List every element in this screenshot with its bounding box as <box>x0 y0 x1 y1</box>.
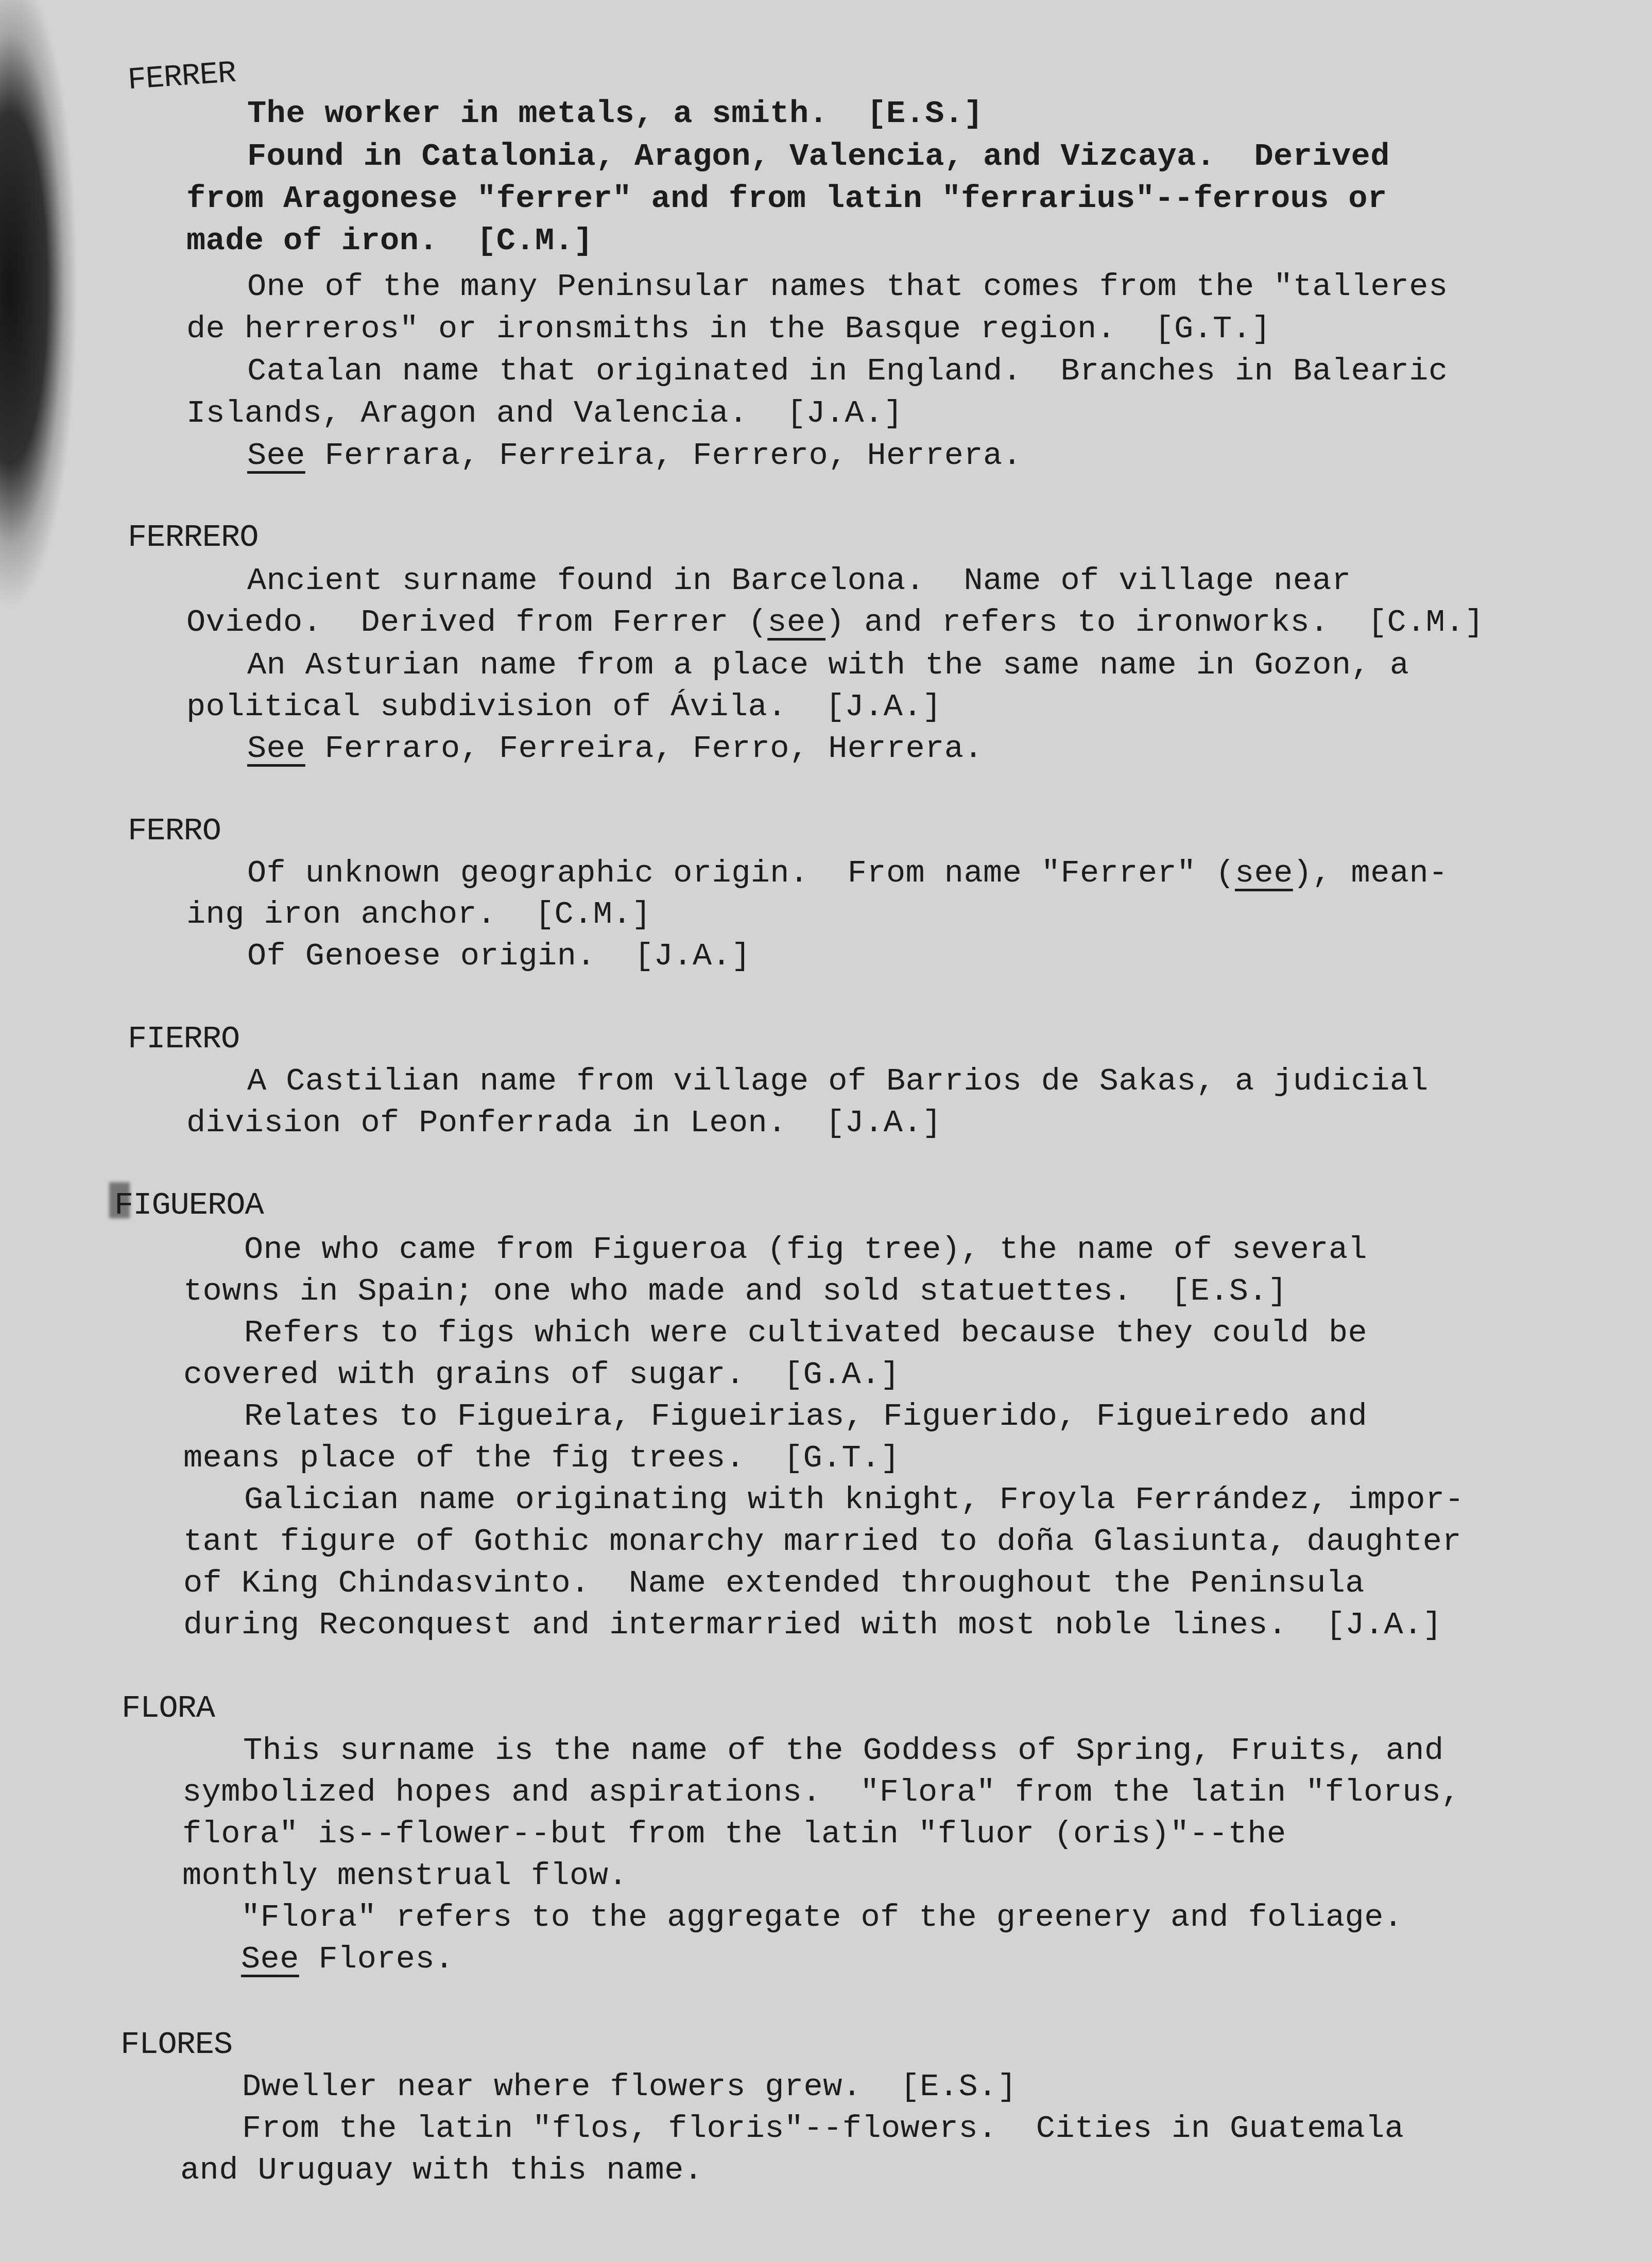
entry-text: One of the many Peninsular names that co… <box>247 271 1448 303</box>
entry-text: monthly menstrual flow. <box>182 1860 628 1892</box>
entry-text: of King Chindasvinto. Name extended thro… <box>183 1567 1365 1599</box>
entry-text: symbolized hopes and aspirations. "Flora… <box>182 1776 1460 1808</box>
entry-text: The worker in metals, a smith. [E.S.] <box>247 98 983 130</box>
entry-text: Of unknown geographic origin. From name … <box>247 857 1448 889</box>
entry-heading: FIGUEROA <box>114 1189 264 1221</box>
see-also-targets: Flores. <box>299 1941 454 1977</box>
entry-text: Oviedo. Derived from Ferrer (see) and re… <box>186 607 1484 638</box>
entry-text: "Flora" refers to the aggregate of the g… <box>241 1902 1403 1933</box>
entry-text: de herreros" or ironsmiths in the Basque… <box>186 313 1271 345</box>
entry-text: Found in Catalonia, Aragon, Valencia, an… <box>247 141 1390 172</box>
entry-text-part: ), mean- <box>1293 855 1448 891</box>
entry-text: covered with grains of sugar. [G.A.] <box>183 1359 900 1391</box>
see-also-targets: Ferraro, Ferreira, Ferro, Herrera. <box>305 730 983 767</box>
see-also-targets: Ferrara, Ferreira, Ferrero, Herrera. <box>305 437 1022 474</box>
entry-heading: FERRER <box>127 58 237 97</box>
see-also-link[interactable]: See <box>247 437 305 474</box>
see-also-link[interactable]: See <box>247 730 305 767</box>
entry-text: flora" is--flower--but from the latin "f… <box>182 1818 1286 1850</box>
entry-heading: FERRO <box>128 815 221 847</box>
entry-text: tant figure of Gothic monarchy married t… <box>183 1526 1461 1558</box>
entry-text: Ancient surname found in Barcelona. Name… <box>247 565 1351 597</box>
entry-text: One who came from Figueroa (fig tree), t… <box>244 1234 1367 1266</box>
entry-text: from Aragonese "ferrer" and from latin "… <box>186 183 1387 215</box>
entry-text: Of Genoese origin. [J.A.] <box>247 940 751 972</box>
entry-text: political subdivision of Ávila. [J.A.] <box>186 691 942 723</box>
entry-text: means place of the fig trees. [G.T.] <box>183 1442 900 1474</box>
see-also-link[interactable]: See <box>241 1941 299 1977</box>
entry-text: Catalan name that originated in England.… <box>247 355 1448 387</box>
entry-text: Galician name originating with knight, F… <box>244 1484 1464 1516</box>
entry-heading: FLORA <box>122 1693 215 1724</box>
entry-text: From the latin "flos, floris"--flowers. … <box>242 2113 1404 2145</box>
entry-heading: FLORES <box>121 2029 232 2061</box>
entry-text: Relates to Figueira, Figueirias, Figueri… <box>244 1401 1367 1432</box>
entry-text: towns in Spain; one who made and sold st… <box>183 1275 1287 1307</box>
entry-text: division of Ponferrada in Leon. [J.A.] <box>186 1107 942 1139</box>
see-also-line: See Ferrara, Ferreira, Ferrero, Herrera. <box>247 440 1022 472</box>
entry-text: Refers to figs which were cultivated bec… <box>244 1317 1367 1349</box>
see-also-line: See Ferraro, Ferreira, Ferro, Herrera. <box>247 733 983 765</box>
entry-text: An Asturian name from a place with the s… <box>247 649 1409 681</box>
entry-text: made of iron. [C.M.] <box>186 225 593 257</box>
entry-text-part: ) and refers to ironworks. [C.M.] <box>825 604 1484 641</box>
see-link[interactable]: see <box>767 604 825 641</box>
entry-text-part: Of unknown geographic origin. From name … <box>247 855 1235 891</box>
entry-text-part: Oviedo. Derived from Ferrer ( <box>186 604 767 641</box>
entry-text: and Uruguay with this name. <box>180 2154 703 2186</box>
see-link[interactable]: see <box>1235 855 1293 891</box>
entry-text: Dweller near where flowers grew. [E.S.] <box>242 2071 1017 2103</box>
entry-text: This surname is the name of the Goddess … <box>243 1735 1444 1767</box>
entry-heading: FIERRO <box>128 1023 239 1055</box>
scan-edge-shadow <box>0 0 103 721</box>
entry-text: A Castilian name from village of Barrios… <box>247 1065 1429 1097</box>
entry-heading: FERRERO <box>128 522 258 554</box>
entry-text: during Reconquest and intermarried with … <box>183 1609 1442 1641</box>
see-also-line: See Flores. <box>241 1943 454 1975</box>
entry-text: ing iron anchor. [C.M.] <box>186 899 651 930</box>
entry-text: Islands, Aragon and Valencia. [J.A.] <box>186 398 903 429</box>
